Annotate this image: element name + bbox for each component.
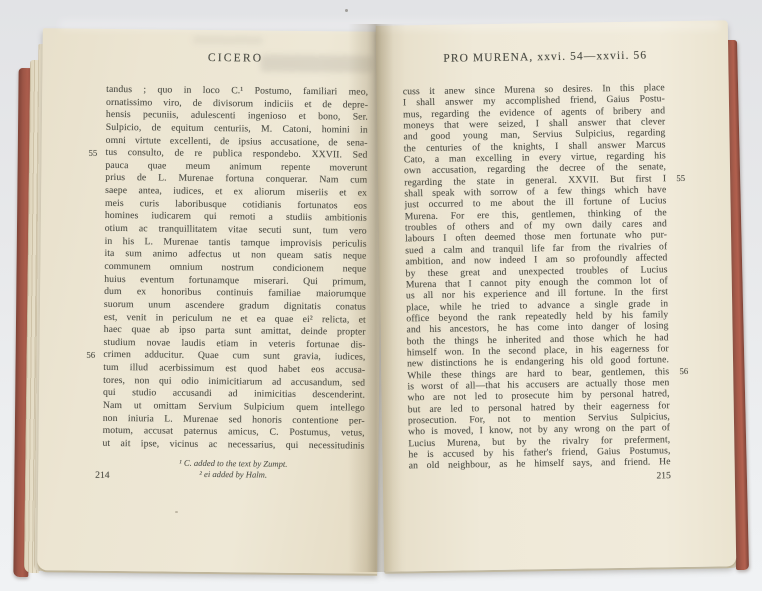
- section-number: 56: [86, 349, 95, 362]
- show-through-smudge: [260, 55, 372, 73]
- dust-speck: [175, 511, 178, 513]
- text-line: ut ait ipse, vicinus ac necessarius, qui…: [102, 438, 364, 453]
- footnotes: ¹ C. added to the text by Zumpt. ² ei ad…: [102, 457, 364, 482]
- dust-speck: [345, 9, 348, 12]
- right-page-number: 215: [409, 470, 671, 485]
- book-photo: CICERO tandus ; quo in loco C.¹ Postumo,…: [0, 0, 762, 591]
- footnote-2: ² ei added by Halm.: [102, 468, 364, 482]
- section-number: 55: [676, 173, 685, 184]
- section-number: 55: [88, 147, 97, 160]
- right-page: PRO MURENA, xxvi. 54—xxvii. 56 cuss it a…: [376, 20, 737, 571]
- right-running-head: PRO MURENA, xxvi. 54—xxvii. 56: [400, 49, 690, 66]
- right-text-block: cuss it anew since Murena so desires. In…: [403, 82, 671, 472]
- text-line-content: ut ait ipse, vicinus ac necessarius, qui…: [102, 438, 364, 453]
- left-page-number: 214: [95, 470, 110, 481]
- show-through-smudge-small: [193, 36, 263, 45]
- left-page: CICERO tandus ; quo in loco C.¹ Postumo,…: [37, 28, 383, 574]
- left-text-block: tandus ; quo in loco C.¹ Postumo, famili…: [102, 84, 368, 453]
- section-number: 56: [679, 366, 688, 377]
